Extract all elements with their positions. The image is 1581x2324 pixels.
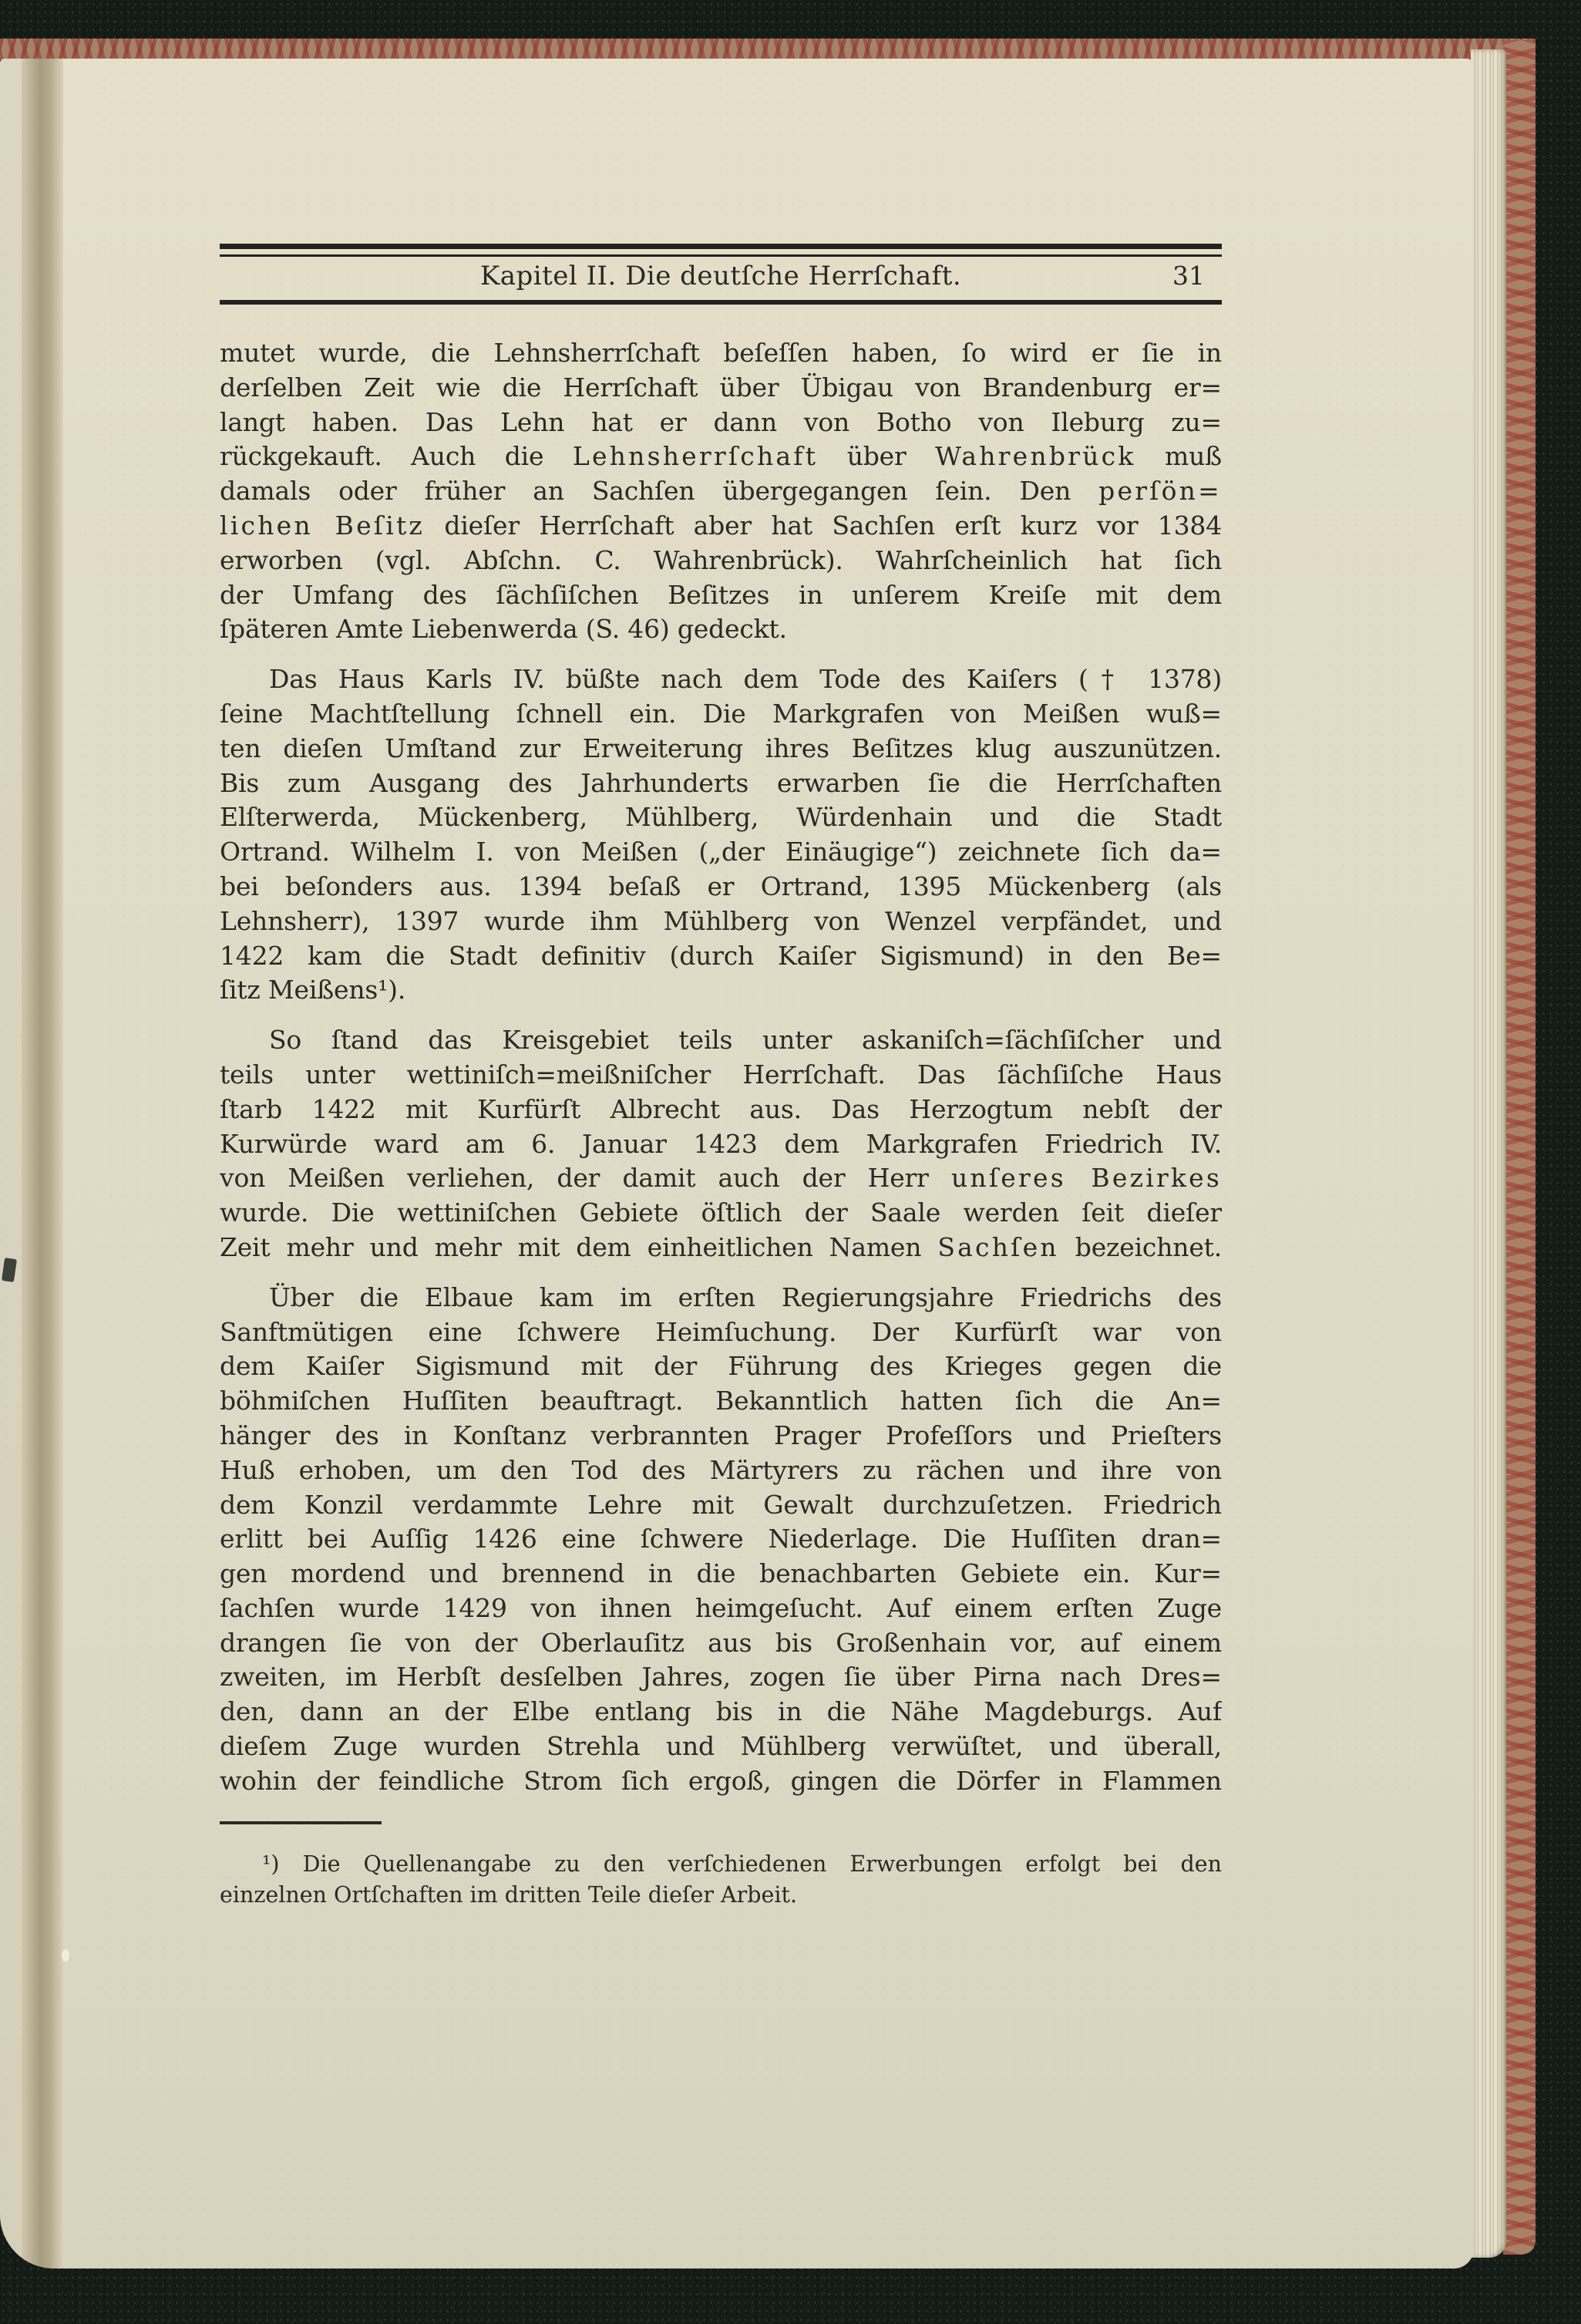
text-segment: bei beſonders aus. 1394 beſaß er Ortrand…: [220, 871, 1222, 901]
text-segment: drangen ſie von der Oberlauſitz aus bis …: [220, 1628, 1222, 1658]
text-segment: dieſem Zuge wurden Strehla und Mühlberg …: [220, 1731, 1222, 1761]
text-segment: Elſterwerda, Mückenberg, Mühlberg, Würde…: [220, 802, 1222, 832]
text-line: der Umfang des ſächſiſchen Beſitzes in u…: [220, 578, 1222, 613]
text-segment: wohin der feindliche Strom ſich ergoß, g…: [220, 1766, 1222, 1796]
text-segment: gen mordend und brennend in die benachba…: [220, 1558, 1222, 1588]
text-line: dem Konzil verdammte Lehre mit Gewalt du…: [220, 1488, 1222, 1523]
text-segment: Ortrand. Wilhelm I. von Meißen („der Ein…: [220, 837, 1222, 867]
book-cover-marbled-edge-top: [0, 39, 1536, 60]
page-number: 31: [1172, 258, 1205, 295]
text-line: drangen ſie von der Oberlauſitz aus bis …: [220, 1626, 1222, 1661]
text-line: Sanftmütigen eine ſchwere Heimſuchung. D…: [220, 1315, 1222, 1350]
text-line: gen mordend und brennend in die benachba…: [220, 1557, 1222, 1591]
header-rule-thin: [220, 254, 1222, 257]
text-segment: einzelnen Ortſchaften im dritten Teile d…: [220, 1882, 797, 1908]
paragraph: Das Haus Karls IV. büßte nach dem Tode d…: [220, 662, 1222, 1008]
text-segment: erworben (vgl. Abſchn. C. Wahrenbrück). …: [220, 545, 1222, 575]
text-segment: Huß erhoben, um den Tod des Märtyrers zu…: [220, 1455, 1222, 1485]
header-rule-thick: [220, 244, 1222, 249]
text-block: mutet wurde, die Lehnsherrſchaft beſeſſe…: [220, 336, 1222, 1799]
text-line: langt haben. Das Lehn hat er dann von Bo…: [220, 406, 1222, 440]
text-segment: Lehnsherr), 1397 wurde ihm Mühlberg von …: [220, 906, 1222, 936]
text-segment: erlitt bei Auſſig 1426 eine ſchwere Nied…: [220, 1524, 1222, 1554]
photo-of-book-page: Kapitel II. Die deutſche Herrſchaft. 31 …: [0, 0, 1581, 2324]
text-line: Das Haus Karls IV. büßte nach dem Tode d…: [220, 662, 1222, 697]
text-line: Elſterwerda, Mückenberg, Mühlberg, Würde…: [220, 800, 1222, 835]
paragraph: mutet wurde, die Lehnsherrſchaft beſeſſe…: [220, 336, 1222, 647]
text-line: von Meißen verliehen, der damit auch der…: [220, 1161, 1222, 1196]
text-segment: mutet wurde, die Lehnsherrſchaft beſeſſe…: [220, 338, 1222, 368]
text-segment: muß: [1135, 441, 1222, 471]
text-line: teils unter wettiniſch=meißniſcher Herrſ…: [220, 1058, 1222, 1093]
text-segment: derſelben Zeit wie die Herrſchaft über Ü…: [220, 372, 1222, 402]
text-line: rückgekauft. Auch die Lehnsherrſchaft üb…: [220, 440, 1222, 474]
text-line: zweiten, im Herbſt desſelben Jahres, zog…: [220, 1660, 1222, 1695]
text-line: dem Kaiſer Sigismund mit der Führung des…: [220, 1349, 1222, 1384]
text-segment: dem Kaiſer Sigismund mit der Führung des…: [220, 1351, 1222, 1381]
text-segment: langt haben. Das Lehn hat er dann von Bo…: [220, 407, 1222, 437]
text-segment: Sanftmütigen eine ſchwere Heimſuchung. D…: [220, 1317, 1222, 1347]
text-line: erlitt bei Auſſig 1426 eine ſchwere Nied…: [220, 1522, 1222, 1557]
text-line: Über die Elbaue kam im erſten Regierungs…: [220, 1281, 1222, 1315]
header-rule-below: [220, 300, 1222, 305]
chapter-title: Kapitel II. Die deutſche Herrſchaft.: [220, 258, 1222, 295]
footnote-separator-rule: [220, 1821, 382, 1824]
text-line: 1422 kam die Stadt definitiv (durch Kaiſ…: [220, 939, 1222, 974]
book-cover-marbled-edge-right: [1503, 40, 1536, 2255]
paragraph: Über die Elbaue kam im erſten Regierungs…: [220, 1281, 1222, 1799]
text-line: Lehnsherr), 1397 wurde ihm Mühlberg von …: [220, 904, 1222, 939]
text-segment: böhmiſchen Huſſiten beauftragt. Bekanntl…: [220, 1386, 1222, 1416]
text-line: Bis zum Ausgang des Jahrhunderts erwarbe…: [220, 766, 1222, 801]
text-segment: dem Konzil verdammte Lehre mit Gewalt du…: [220, 1490, 1222, 1520]
text-line: Kurwürde ward am 6. Januar 1423 dem Mark…: [220, 1127, 1222, 1162]
text-line: derſelben Zeit wie die Herrſchaft über Ü…: [220, 371, 1222, 406]
footnote: ¹) Die Quellenangabe zu den verſchiedene…: [220, 1849, 1222, 1910]
text-segment: bezeichnet.: [1059, 1232, 1222, 1262]
text-segment: dieſer Herrſchaft aber hat Sachſen erſt …: [425, 510, 1222, 541]
text-line: mutet wurde, die Lehnsherrſchaft beſeſſe…: [220, 336, 1222, 371]
text-line: ſpäteren Amte Liebenwerda (S. 46) gedeck…: [220, 612, 1222, 647]
text-segment: über: [818, 441, 935, 471]
text-line: ſachſen wurde 1429 von ihnen heimgeſucht…: [220, 1591, 1222, 1626]
text-segment: Kurwürde ward am 6. Januar 1423 dem Mark…: [220, 1129, 1222, 1159]
text-line: wohin der feindliche Strom ſich ergoß, g…: [220, 1764, 1222, 1799]
text-segment: zweiten, im Herbſt desſelben Jahres, zog…: [220, 1662, 1222, 1692]
text-segment: Bis zum Ausgang des Jahrhunderts erwarbe…: [220, 768, 1222, 798]
text-segment: Über die Elbaue kam im erſten Regierungs…: [269, 1282, 1222, 1312]
text-segment: ¹) Die Quellenangabe zu den verſchiedene…: [262, 1851, 1222, 1877]
text-segment: So ſtand das Kreisgebiet teils unter ask…: [269, 1025, 1222, 1055]
text-line: lichen Beſitz dieſer Herrſchaft aber hat…: [220, 509, 1222, 544]
text-segment: 1422 kam die Stadt definitiv (durch Kaiſ…: [220, 941, 1222, 971]
emphasized-text-segment: unſeres Bezirkes: [951, 1163, 1222, 1193]
text-segment: von Meißen verliehen, der damit auch der…: [220, 1163, 951, 1193]
text-line: dieſem Zuge wurden Strehla und Mühlberg …: [220, 1730, 1222, 1764]
text-line: erworben (vgl. Abſchn. C. Wahrenbrück). …: [220, 544, 1222, 578]
running-header: Kapitel II. Die deutſche Herrſchaft. 31: [220, 258, 1222, 295]
text-line: Zeit mehr und mehr mit dem einheitlichen…: [220, 1231, 1222, 1265]
text-line: Huß erhoben, um den Tod des Märtyrers zu…: [220, 1453, 1222, 1488]
emphasized-text-segment: Wahrenbrück: [935, 441, 1135, 471]
text-line: ten dieſen Umſtand zur Erweiterung ihres…: [220, 732, 1222, 766]
text-line: ¹) Die Quellenangabe zu den verſchiedene…: [220, 1849, 1222, 1880]
emphasized-text-segment: Sachſen: [937, 1232, 1058, 1262]
text-segment: rückgekauft. Auch die: [220, 441, 573, 471]
emphasized-text-segment: lichen Beſitz: [220, 510, 425, 541]
page-stack-edges: [1471, 49, 1506, 2258]
text-line: hänger des in Konſtanz verbrannten Prage…: [220, 1419, 1222, 1453]
text-segment: hänger des in Konſtanz verbrannten Prage…: [220, 1420, 1222, 1450]
paragraph: So ſtand das Kreisgebiet teils unter ask…: [220, 1023, 1222, 1265]
text-segment: teils unter wettiniſch=meißniſcher Herrſ…: [220, 1059, 1222, 1090]
emphasized-text-segment: Lehnsherrſchaft: [573, 441, 818, 471]
text-segment: ſachſen wurde 1429 von ihnen heimgeſucht…: [220, 1593, 1222, 1623]
text-segment: Zeit mehr und mehr mit dem einheitlichen…: [220, 1232, 937, 1262]
text-segment: wurde. Die wettiniſchen Gebiete öſtlich …: [220, 1197, 1222, 1228]
text-line: So ſtand das Kreisgebiet teils unter ask…: [220, 1023, 1222, 1058]
text-segment: ſtarb 1422 mit Kurfürſt Albrecht aus. Da…: [220, 1094, 1222, 1124]
text-line: ſitz Meißens¹).: [220, 973, 1222, 1008]
text-segment: ten dieſen Umſtand zur Erweiterung ihres…: [220, 733, 1222, 763]
text-line: den, dann an der Elbe entlang bis in die…: [220, 1695, 1222, 1730]
paper-chip: [62, 1949, 69, 1962]
text-line: wurde. Die wettiniſchen Gebiete öſtlich …: [220, 1196, 1222, 1231]
text-segment: ſpäteren Amte Liebenwerda (S. 46) gedeck…: [220, 614, 787, 644]
text-segment: den, dann an der Elbe entlang bis in die…: [220, 1696, 1222, 1726]
text-line: damals oder früher an Sachſen übergegang…: [220, 474, 1222, 509]
text-segment: der Umfang des ſächſiſchen Beſitzes in u…: [220, 580, 1222, 610]
text-segment: ſitz Meißens¹).: [220, 975, 405, 1005]
text-line: ſeine Machtſtellung ſchnell ein. Die Mar…: [220, 697, 1222, 732]
text-segment: ſeine Machtſtellung ſchnell ein. Die Mar…: [220, 699, 1222, 729]
text-line: ſtarb 1422 mit Kurfürſt Albrecht aus. Da…: [220, 1093, 1222, 1127]
text-line: bei beſonders aus. 1394 beſaß er Ortrand…: [220, 870, 1222, 904]
emphasized-text-segment: perſön=: [1098, 476, 1222, 506]
text-segment: Das Haus Karls IV. büßte nach dem Tode d…: [269, 664, 1222, 694]
text-line: einzelnen Ortſchaften im dritten Teile d…: [220, 1880, 1222, 1911]
text-line: böhmiſchen Huſſiten beauftragt. Bekanntl…: [220, 1384, 1222, 1419]
text-line: Ortrand. Wilhelm I. von Meißen („der Ein…: [220, 835, 1222, 870]
text-segment: damals oder früher an Sachſen übergegang…: [220, 476, 1098, 506]
